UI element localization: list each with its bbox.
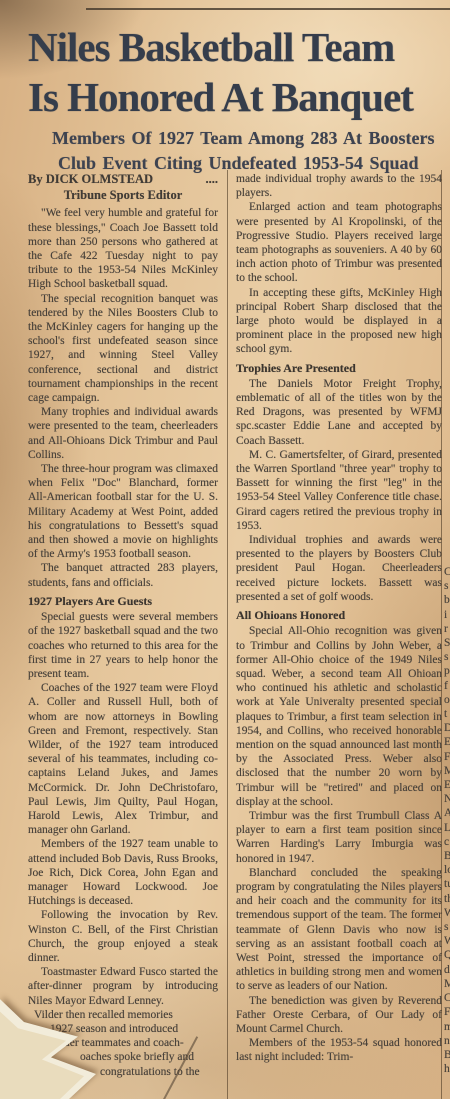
byline-author: By DICK OLMSTEAD bbox=[28, 172, 153, 186]
column-fragment: b bbox=[444, 593, 450, 607]
paragraph: M. C. Gamertsfelter, of Girard, presente… bbox=[236, 448, 442, 533]
subheadline: Members Of 1927 Team Among 283 At Booste… bbox=[52, 126, 440, 176]
section-header-1927-players: 1927 Players Are Guests bbox=[28, 594, 218, 608]
headline-line1: Niles Basketball Team bbox=[28, 22, 442, 72]
clipping-top-edge-line bbox=[86, 8, 450, 10]
column-fragment: s bbox=[444, 920, 450, 934]
column-fragment: F bbox=[444, 750, 450, 764]
column-fragment: F bbox=[444, 1005, 450, 1019]
column-fragment: E bbox=[444, 735, 450, 749]
section-header-trophies: Trophies Are Presented bbox=[236, 361, 442, 375]
subheadline-line1: Members Of 1927 Team Among 283 At Booste… bbox=[52, 126, 440, 151]
column-fragment: th bbox=[444, 892, 450, 906]
column-fragment: c bbox=[444, 835, 450, 849]
torn-corner bbox=[0, 995, 150, 1099]
paragraph: In accepting these gifts, McKinley High … bbox=[236, 286, 442, 357]
column-fragment: C bbox=[444, 991, 450, 1005]
paragraph: Members of the 1927 team unable to atten… bbox=[28, 837, 218, 908]
cut-off-column-fragments: CsbirSspfotDEFMENALcBlotuthWsWQdiMCFmneB… bbox=[444, 565, 450, 1099]
paragraph: made individual trophy awards to the 195… bbox=[236, 172, 442, 200]
column-fragment: r bbox=[444, 622, 450, 636]
headline-line2: Is Honored At Banquet bbox=[28, 72, 442, 122]
column-fragment: ne bbox=[444, 1034, 450, 1048]
column-fragment: s bbox=[444, 579, 450, 593]
column-fragment: W bbox=[444, 934, 450, 948]
column-fragment: m bbox=[444, 1020, 450, 1034]
paragraph: The special recognition banquet was tend… bbox=[28, 292, 218, 406]
paragraph: Enlarged action and team photographs wer… bbox=[236, 200, 442, 285]
paragraph: The three-hour program was climaxed when… bbox=[28, 462, 218, 561]
section-header-all-ohioans: All Ohioans Honored bbox=[236, 608, 442, 622]
column-fragment: A bbox=[444, 806, 450, 820]
column-fragment: M bbox=[444, 764, 450, 778]
column-fragment: tu bbox=[444, 877, 450, 891]
paragraph: Blanchard concluded the speaking program… bbox=[236, 866, 442, 994]
column-fragment: t bbox=[444, 707, 450, 721]
paragraph: Special All-Ohio recognition was given t… bbox=[236, 624, 442, 809]
column-fragment: di bbox=[444, 963, 450, 977]
paragraph: Members of the 1953-54 squad honored las… bbox=[236, 1036, 442, 1064]
paragraph: Trimbur was the first Trumbull Class A p… bbox=[236, 809, 442, 866]
column-fragment: C bbox=[444, 565, 450, 579]
paragraph: The Daniels Motor Freight Trophy, emblem… bbox=[236, 377, 442, 448]
newspaper-clipping: Niles Basketball Team Is Honored At Banq… bbox=[0, 0, 450, 1099]
paragraph: "We feel very humble and grateful for th… bbox=[28, 206, 218, 291]
paragraph: Coaches of the 1927 team were Floyd A. C… bbox=[28, 681, 218, 837]
column-fragment: L bbox=[444, 821, 450, 835]
byline-dots: .... bbox=[206, 172, 219, 186]
column-fragment: D bbox=[444, 721, 450, 735]
column-fragment: p bbox=[444, 664, 450, 678]
column-fragment: s bbox=[444, 650, 450, 664]
column-fragment: S bbox=[444, 636, 450, 650]
paragraph: Many trophies and individual awards were… bbox=[28, 405, 218, 462]
byline-title: Tribune Sports Editor bbox=[28, 188, 218, 202]
article-column-left: By DICK OLMSTEAD .... Tribune Sports Edi… bbox=[28, 172, 218, 1077]
column-fragment: M bbox=[444, 977, 450, 991]
paragraph: Following the invocation by Rev. Winston… bbox=[28, 908, 218, 965]
column-fragment: E bbox=[444, 778, 450, 792]
column-fragment: B bbox=[444, 849, 450, 863]
column-fragment: f bbox=[444, 679, 450, 693]
byline: By DICK OLMSTEAD .... bbox=[28, 172, 218, 186]
column-fragment: N bbox=[444, 792, 450, 806]
torn-paper-layer bbox=[0, 995, 150, 1099]
article-column-right: made individual trophy awards to the 195… bbox=[236, 172, 442, 1099]
column-rule bbox=[227, 170, 228, 1099]
paragraph: The banquet attracted 283 players, stude… bbox=[28, 561, 218, 589]
column-fragment: W bbox=[444, 906, 450, 920]
column-fragment: ho bbox=[444, 1062, 450, 1076]
headline: Niles Basketball Team Is Honored At Banq… bbox=[28, 22, 442, 122]
column-fragment: i bbox=[444, 608, 450, 622]
column-fragment: o bbox=[444, 693, 450, 707]
column-fragment: lo bbox=[444, 863, 450, 877]
paragraph: The benediction was given by Reverend Fa… bbox=[236, 994, 442, 1037]
paragraph: Individual trophies and awards were pres… bbox=[236, 533, 442, 604]
column-rule bbox=[441, 170, 442, 1099]
column-fragment: Q bbox=[444, 948, 450, 962]
column-fragment: B bbox=[444, 1048, 450, 1062]
paragraph: Special guests were several members of t… bbox=[28, 610, 218, 681]
